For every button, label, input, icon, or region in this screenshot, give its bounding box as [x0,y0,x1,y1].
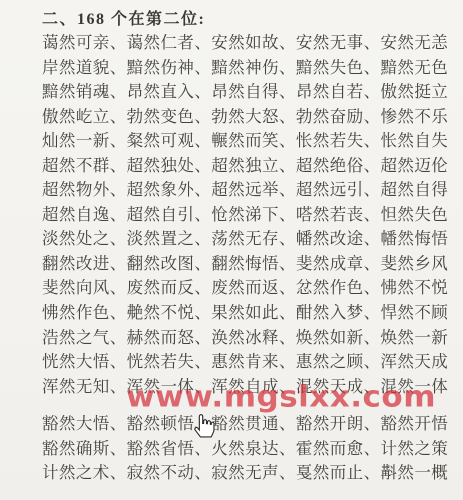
idiom-line: 岸然道貌、黯然伤神、黯然神伤、黯然失色、黯然无色 [42,56,448,81]
idiom-line: 超然不群、超然独处、超然独立、超然绝俗、超然迈伦 [42,154,448,179]
idiom-line: 蔼然可亲、蔼然仁者、安然如故、安然无事、安然无恙 [42,31,448,56]
idiom-line: 恍然大悟、恍然若失、惠然肯来、惠然之顾、浑然天成 [42,350,448,375]
idiom-line: 浑然无知、浑然一体、浑然自成、混然天成、混然一体 [42,375,448,400]
idiom-line: 超然物外、超然象外、超然远举、超然远引、超然自得 [42,178,448,203]
section-title: 二、168 个在第二位: [42,6,205,29]
idiom-line: 斐然向风、废然而反、废然而返、忿然作色、怫然不悦 [42,276,448,301]
idiom-line: 豁然确斯、豁然省悟、火然泉达、霍然而愈、计然之策 [42,437,448,462]
idiom-line: 灿然一新、粲然可观、冁然而笑、怅然若失、怅然自失 [42,129,448,154]
idiom-line: 计然之术、寂然不动、寂然无声、戛然而止、斠然一概 [42,461,448,486]
idiom-line: 浩然之气、赫然而怒、涣然冰释、焕然如新、焕然一新 [42,326,448,351]
idiom-line: 淡然处之、淡然置之、荡然无存、幡然改途、幡然悔悟 [42,227,448,252]
idiom-line: 超然自逸、超然自引、怆然涕下、嗒然若丧、怛然失色 [42,203,448,228]
idiom-line: 傲然屹立、勃然变色、勃然大怒、勃然奋励、惨然不乐 [42,105,448,130]
document-page: 二、168 个在第二位: 蔼然可亲、蔼然仁者、安然如故、安然无事、安然无恙 岸然… [0,0,463,500]
idiom-line: 豁然大悟、豁然顿悟、豁然贯通、豁然开朗、豁然开悟 [42,412,448,437]
idiom-line: 黯然销魂、昂然直入、昂然自得、昂然自若、傲然挺立 [42,80,448,105]
idiom-list: 蔼然可亲、蔼然仁者、安然如故、安然无事、安然无恙 岸然道貌、黯然伤神、黯然神伤、… [42,31,448,486]
idiom-line: 翻然改进、翻然改图、翻然悔悟、斐然成章、斐然乡风 [42,252,448,277]
idiom-line: 怫然作色、艴然不悦、果然如此、酣然入梦、悍然不顾 [42,301,448,326]
